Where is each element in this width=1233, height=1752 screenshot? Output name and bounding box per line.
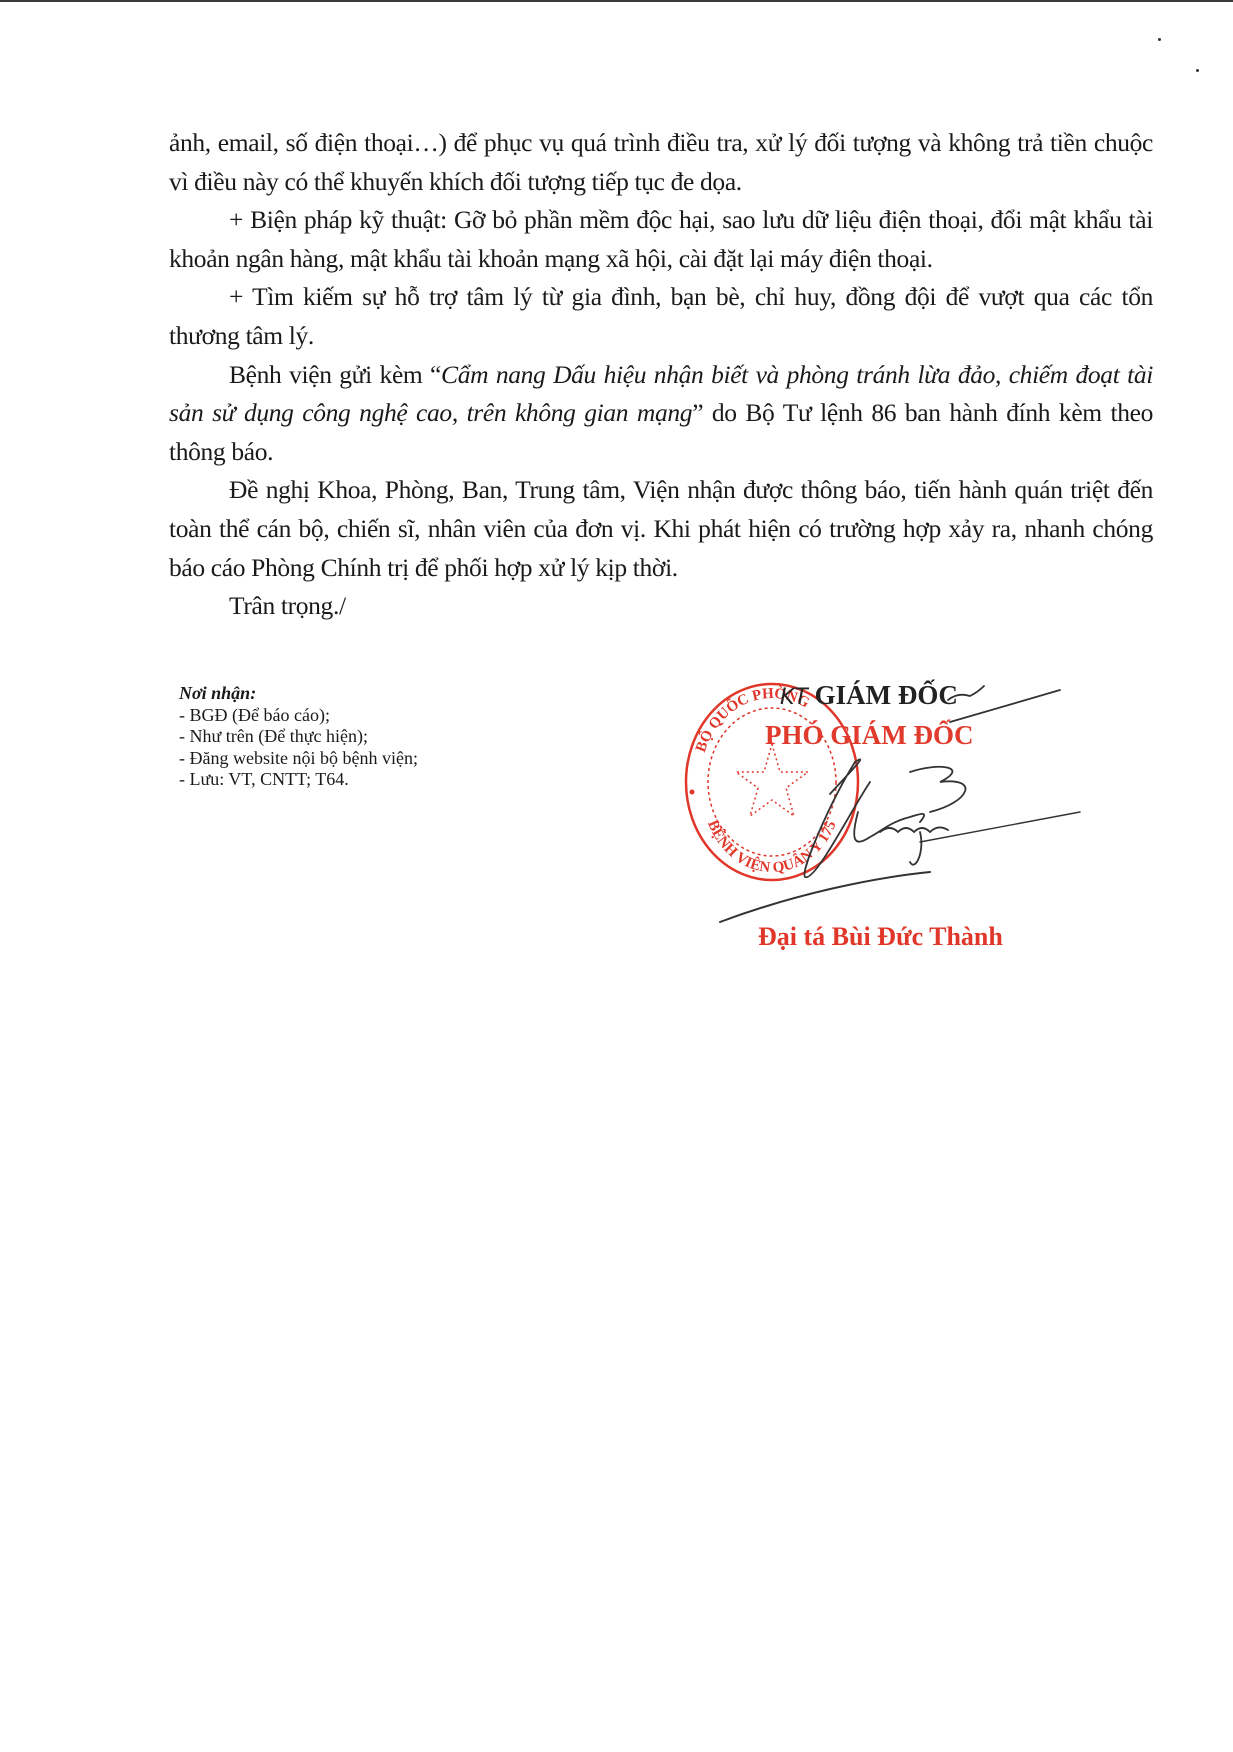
paragraph-p6: Trân trọng./ — [169, 587, 1153, 626]
recipients-title: Nơi nhận: — [179, 683, 418, 705]
paragraph-p2: + Biện pháp kỹ thuật: Gỡ bỏ phần mềm độc… — [169, 201, 1153, 278]
text-segment: ảnh, email, số điện thoại…) để phục vụ q… — [169, 128, 1153, 196]
scan-speck — [1158, 38, 1161, 41]
recipients-block: Nơi nhận: - BGĐ (Để báo cáo); - Như trên… — [179, 683, 418, 791]
recipient-item: - Lưu: VT, CNTT; T64. — [179, 769, 418, 791]
recipient-item: - Như trên (Để thực hiện); — [179, 726, 418, 748]
signature-block: BỘ QUỐC PHÒNG BỆNH VIỆN QUÂN Y 175 KT GI… — [680, 672, 1100, 962]
recipient-item: - Đăng website nội bộ bệnh viện; — [179, 748, 418, 770]
handwritten-signature-icon — [680, 672, 1100, 962]
signer-name: Đại tá Bùi Đức Thành — [758, 922, 1003, 952]
paragraph-p3: + Tìm kiếm sự hỗ trợ tâm lý từ gia đình,… — [169, 278, 1153, 355]
paragraph-p5: Đề nghị Khoa, Phòng, Ban, Trung tâm, Việ… — [169, 471, 1153, 587]
scan-speck — [1196, 69, 1199, 72]
text-segment: Đề nghị Khoa, Phòng, Ban, Trung tâm, Việ… — [169, 475, 1153, 581]
document-body: ảnh, email, số điện thoại…) để phục vụ q… — [169, 124, 1153, 626]
recipient-item: - BGĐ (Để báo cáo); — [179, 705, 418, 727]
scan-top-edge — [0, 0, 1233, 2]
paragraph-p4: Bệnh viện gửi kèm “Cẩm nang Dấu hiệu nhậ… — [169, 356, 1153, 472]
text-segment: Trân trọng./ — [229, 591, 346, 620]
text-segment: + Biện pháp kỹ thuật: Gỡ bỏ phần mềm độc… — [169, 205, 1153, 273]
text-segment: + Tìm kiếm sự hỗ trợ tâm lý từ gia đình,… — [169, 282, 1153, 350]
text-segment: Bệnh viện gửi kèm “ — [229, 360, 441, 389]
paragraph-p1: ảnh, email, số điện thoại…) để phục vụ q… — [169, 124, 1153, 201]
